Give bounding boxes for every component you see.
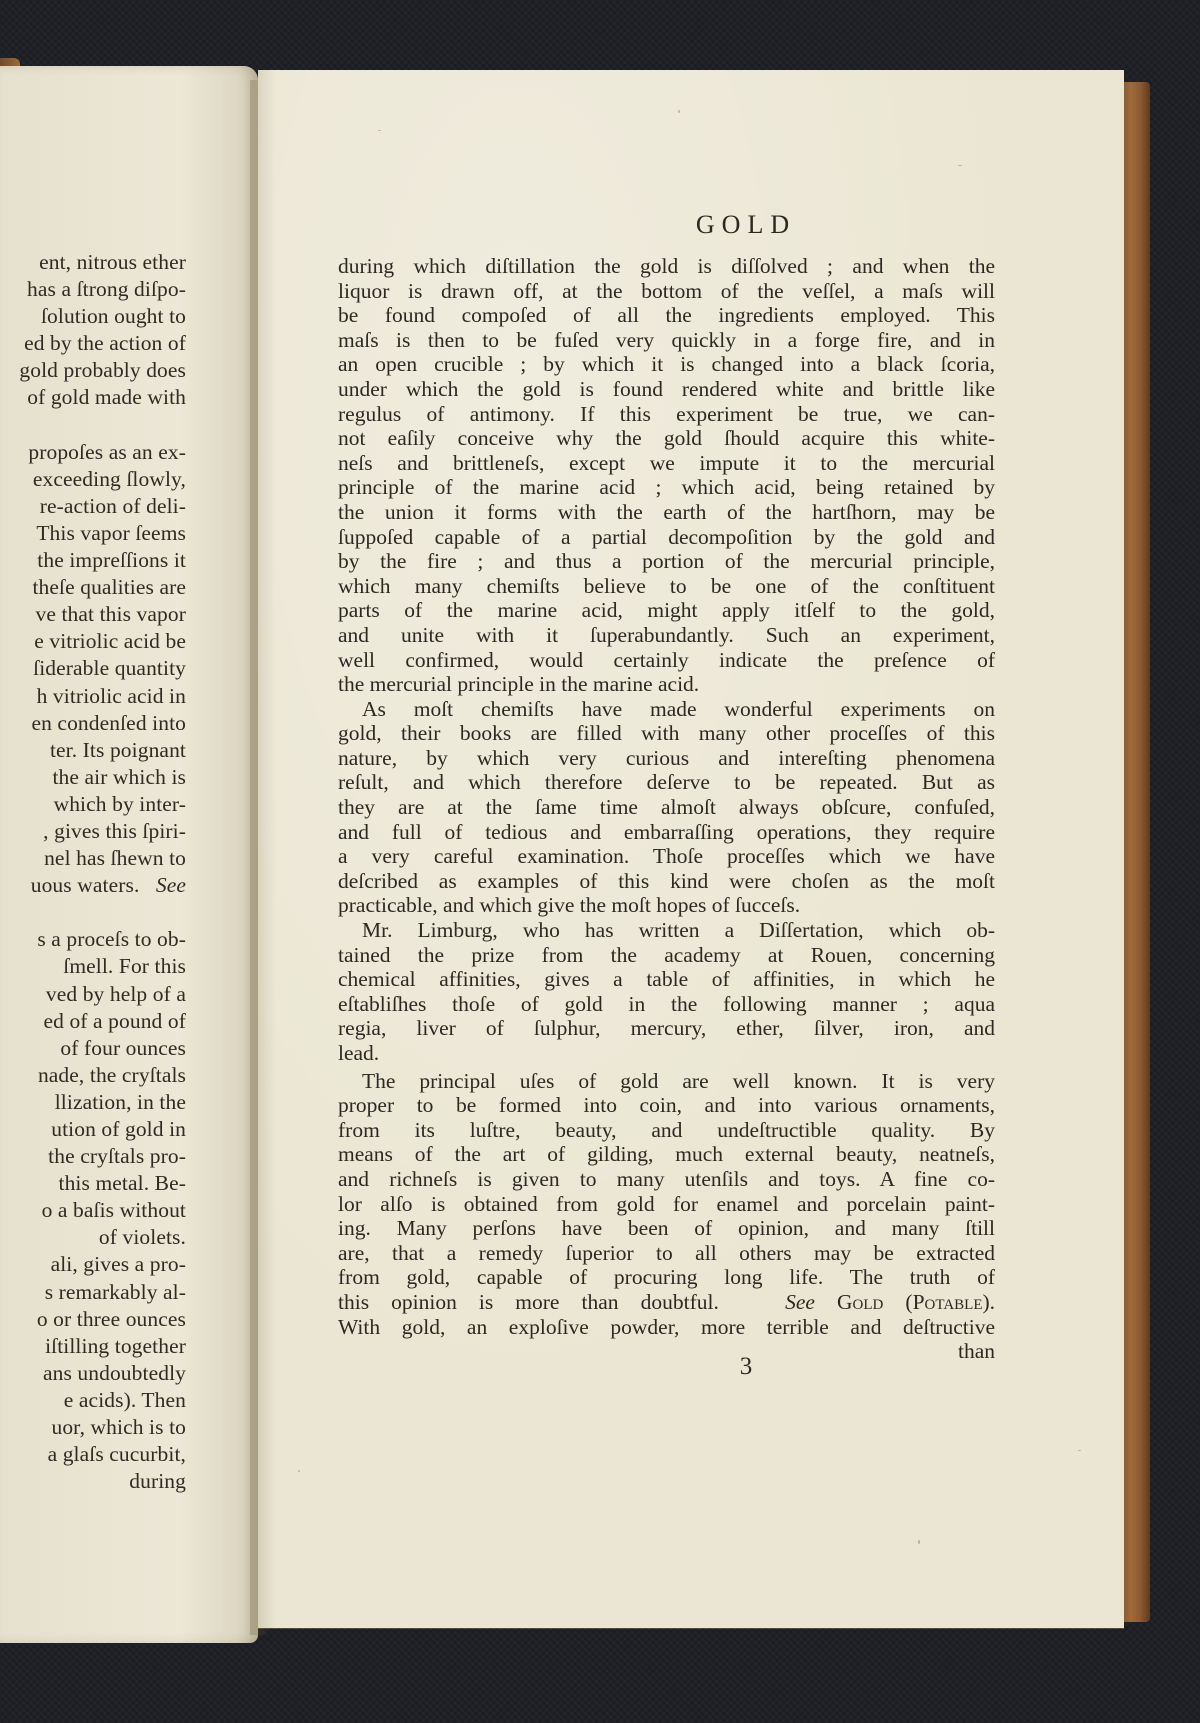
- text-line: of violets.: [0, 1224, 186, 1251]
- text-line: of gold made with: [0, 384, 186, 411]
- left-page-text-column: ent, nitrous ether has a ſtrong diſpo- ſ…: [0, 249, 186, 1495]
- paper-speck: [298, 1470, 300, 1472]
- text-fragment: this opinion is more than doubtful.: [338, 1290, 719, 1314]
- text-line: With gold, an exploſive powder, more ter…: [338, 1315, 995, 1340]
- text-line: ſmell. For this: [0, 953, 186, 980]
- text-line: the mercurial principle in the marine ac…: [338, 672, 995, 697]
- paragraph-start: Mr. Limburg, who has written a Diſſertat…: [338, 918, 995, 943]
- text-line: parts of the marine acid, might apply it…: [338, 598, 995, 623]
- text-line: they are at the ſame time almoſt always …: [338, 795, 995, 820]
- text-line: ing. Many perſons have been of opinion, …: [338, 1216, 995, 1241]
- text-line: lead.: [338, 1041, 995, 1066]
- text-line: from its luſtre, beauty, and undeſtructi…: [338, 1118, 995, 1143]
- text-line: theſe qualities are: [0, 574, 186, 601]
- text-line: of four ounces: [0, 1035, 186, 1062]
- text-line: during which diſtillation the gold is di…: [338, 254, 995, 279]
- text-line: nade, the cryſtals: [0, 1062, 186, 1089]
- paragraph-start: The principal uſes of gold are well know…: [338, 1069, 995, 1094]
- text-line: this metal. Be-: [0, 1170, 186, 1197]
- text-line: regulus of antimony. If this experiment …: [338, 402, 995, 427]
- text-line-with-cross-reference: this opinion is more than doubtful. See …: [338, 1290, 995, 1315]
- text-line: the impreſſions it: [0, 547, 186, 574]
- text-line: re-action of deli-: [0, 493, 186, 520]
- text-line: e vitriolic acid be: [0, 628, 186, 655]
- text-line: iſtilling together: [0, 1333, 186, 1360]
- text-line: and richneſs is given to many utenſils a…: [338, 1167, 995, 1192]
- text-line: uor, which is to: [0, 1414, 186, 1441]
- text-line: reſult, and which therefore deſerve to b…: [338, 770, 995, 795]
- text-line: , gives this ſpiri-: [0, 818, 186, 845]
- text-line: and unite with it ſuperabundantly. Such …: [338, 623, 995, 648]
- text-line: maſs is then to be fuſed very quickly in…: [338, 328, 995, 353]
- text-line: nature, by which very curious and intere…: [338, 746, 995, 771]
- text-line: from gold, capable of procuring long lif…: [338, 1265, 995, 1290]
- text-line: gold probably does: [0, 357, 186, 384]
- text-line: chemical affinities, gives a table of af…: [338, 967, 995, 992]
- text-line: tained the prize from the academy at Rou…: [338, 943, 995, 968]
- text-line: deſcribed as examples of this kind were …: [338, 869, 995, 894]
- text-line: gold, their books are filled with many o…: [338, 721, 995, 746]
- text-line: ed by the action of: [0, 330, 186, 357]
- text-line: are, that a remedy ſuperior to all other…: [338, 1241, 995, 1266]
- see-reference: See: [156, 873, 186, 897]
- text-line: s remarkably al-: [0, 1279, 186, 1306]
- text-line: ſolution ought to: [0, 303, 186, 330]
- text-line: the union it forms with the earth of the…: [338, 500, 995, 525]
- cross-reference-entry: Gold: [837, 1290, 883, 1314]
- text-line: ali, gives a pro-: [0, 1251, 186, 1278]
- text-line: which many chemiſts believe to be one of…: [338, 574, 995, 599]
- paper-speck: [678, 110, 680, 113]
- text-line: o a baſis without: [0, 1197, 186, 1224]
- text-line: s a proceſs to ob-: [0, 926, 186, 953]
- text-line: en condenſed into: [0, 710, 186, 737]
- text-line: an open crucible ; by which it is change…: [338, 352, 995, 377]
- right-page-body-text: during which diſtillation the gold is di…: [338, 254, 995, 1364]
- paragraph-start: As moſt chemiſts have made wonderful exp…: [338, 697, 995, 722]
- text-line: be found compoſed of all the ingredients…: [338, 303, 995, 328]
- paragraph-gap: [0, 412, 186, 439]
- paper-speck: [958, 165, 962, 166]
- text-line: means of the art of gilding, much extern…: [338, 1142, 995, 1167]
- text-line: e acids). Then: [0, 1387, 186, 1414]
- text-line: well confirmed, would certainly indicate…: [338, 648, 995, 673]
- text-line: ans undoubtedly: [0, 1360, 186, 1387]
- text-line: a glaſs cucurbit,: [0, 1441, 186, 1468]
- text-line: not eaſily conceive why the gold ſhould …: [338, 426, 995, 451]
- text-line: nel has ſhewn to: [0, 845, 186, 872]
- text-line: neſs and brittleneſs, except we impute i…: [338, 451, 995, 476]
- right-page: GOLD during which diſtillation the gold …: [258, 70, 1124, 1628]
- text-line: ent, nitrous ether: [0, 249, 186, 276]
- text-line: ter. Its poignant: [0, 737, 186, 764]
- text-line: has a ſtrong diſpo-: [0, 276, 186, 303]
- paper-speck: [378, 130, 381, 131]
- text-line: practicable, and which give the moſt hop…: [338, 893, 995, 918]
- text-line: and full of tedious and embarraſſing ope…: [338, 820, 995, 845]
- text-line: ſuppoſed capable of a partial decompoſit…: [338, 525, 995, 550]
- text-line: regia, liver of ſulphur, mercury, ether,…: [338, 1016, 995, 1041]
- text-line: under which the gold is found rendered w…: [338, 377, 995, 402]
- paragraph-gap: [0, 899, 186, 926]
- page-number: 3: [258, 1353, 1124, 1381]
- text-line: lor alſo is obtained from gold for ename…: [338, 1192, 995, 1217]
- text-line: a very careful examination. Thoſe proceſ…: [338, 844, 995, 869]
- running-head: GOLD: [258, 210, 1124, 240]
- text-line: ved by help of a: [0, 981, 186, 1008]
- paper-speck: [918, 1540, 920, 1544]
- text-line: ed of a pound of: [0, 1008, 186, 1035]
- text-line: llization, in the: [0, 1089, 186, 1116]
- text-line: ution of gold in: [0, 1116, 186, 1143]
- text-line: the cryſtals pro-: [0, 1143, 186, 1170]
- text-line: This vapor ſeems: [0, 520, 186, 547]
- text-line: principle of the marine acid ; which aci…: [338, 475, 995, 500]
- cross-reference-qualifier: (Potable).: [905, 1290, 995, 1314]
- text-line: by the fire ; and thus a portion of the …: [338, 549, 995, 574]
- see-reference: See: [785, 1290, 815, 1314]
- text-line: ve that this vapor: [0, 601, 186, 628]
- text-fragment: uous waters.: [31, 873, 140, 897]
- text-line: h vitriolic acid in: [0, 683, 186, 710]
- text-line: propoſes as an ex-: [0, 439, 186, 466]
- left-page: ent, nitrous ether has a ſtrong diſpo- ſ…: [0, 66, 258, 1643]
- text-line: exceeding ſlowly,: [0, 466, 186, 493]
- catchword: during: [0, 1468, 186, 1495]
- text-line: which by inter-: [0, 791, 186, 818]
- text-line: eſtabliſhes thoſe of gold in the followi…: [338, 992, 995, 1017]
- text-line: proper to be formed into coin, and into …: [338, 1093, 995, 1118]
- text-line: the air which is: [0, 764, 186, 791]
- text-line: o or three ounces: [0, 1306, 186, 1333]
- paper-speck: [1078, 1450, 1081, 1451]
- text-line: ſiderable quantity: [0, 655, 186, 682]
- text-line-with-see-reference: uous waters. See: [0, 872, 186, 899]
- text-line: liquor is drawn off, at the bottom of th…: [338, 279, 995, 304]
